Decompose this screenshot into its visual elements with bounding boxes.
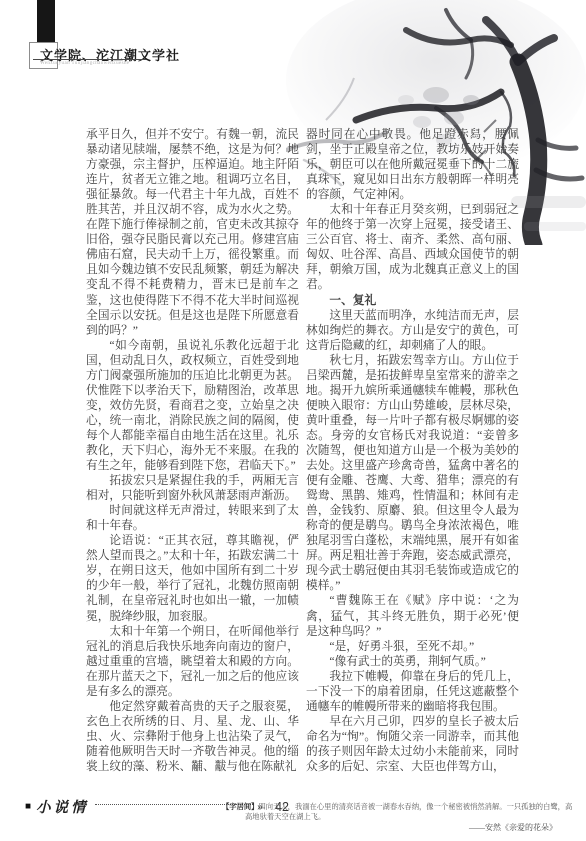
paragraph: 我拉下帷幔，仰靠在身后的凭几上，一下没一下的扇着团扇，任凭这遮蔽整个通幰车的帷幔… bbox=[306, 669, 519, 714]
footer-quote-line: 【字居间】四向无人，我湎在心里的清亮话音被一湖春水吞纳，像一个秘密被悄然消解。一… bbox=[222, 802, 574, 822]
paragraph: 早在六月己卯，四岁的皇长子被太后命名为“恂”。恂随父亲一同游幸，而其他的孩子则因… bbox=[306, 714, 519, 774]
footer-quote-label: 【字居间】 bbox=[222, 802, 258, 811]
paragraph: 器时同在心中敬畏。他足蹬赤舄，腰佩剑，坐于正殿皇帝之位，教坊乐妓开始奏乐，朝臣可… bbox=[306, 127, 519, 202]
paragraph: “是，好勇斗狠，至死不却。” bbox=[306, 639, 519, 654]
magazine-page: 文学院、沱江潮文学社 Wenxueyuan Tuojiangchaowenxue… bbox=[0, 0, 586, 841]
paragraph: 太和十年第一个朔日，在听闻他举行冠礼的消息后我快乐地奔向南边的窗户，越过重重的宫… bbox=[86, 624, 299, 699]
header-black-bar bbox=[37, 0, 55, 43]
paragraph: “如今南朝，虽说礼乐教化远超于北国，但动乱日久，政权频立，百姓受到地方门阀豪强所… bbox=[86, 338, 299, 473]
footer-section-name: 小说情 bbox=[36, 796, 89, 817]
paragraph: 论语说：“正其衣冠，尊其瞻视，俨然人望而畏之。”太和十年，拓跋宏满二十岁，在朔日… bbox=[86, 533, 299, 623]
paragraph: “像有武士的英勇，荆轲气质。” bbox=[306, 654, 519, 669]
paragraph: 时间就这样无声滑过，转眼来到了太和十年春。 bbox=[86, 503, 299, 533]
footer-square-icon: ■ bbox=[25, 802, 31, 812]
paragraph: 秋七月，拓跋宏驾幸方山。方山位于吕梁西麓，是拓拔鲜卑皇室常来的游幸之地。揭开九嫔… bbox=[306, 353, 519, 594]
article-left-column: 承平日久，但并不安宁。有魏一朝，流民暴动诸见牍端，屡禁不绝，这是为何？地方豪强，… bbox=[86, 127, 299, 791]
paragraph: 这里天蓝而明净，水纯洁而无声，层林如绚烂的舞衣。方山是安宁的黄色，可这背后隐藏的… bbox=[306, 308, 519, 353]
magazine-section-pinyin: Wenxueyuan Tuojiangchaowenxueshe bbox=[40, 61, 129, 66]
paragraph: 他定然穿戴着高贵的天子之服衮冕，玄色上衣所绣的日、月、星、龙、山、华虫、火、宗彝… bbox=[86, 699, 299, 774]
footer-quote: 【字居间】四向无人，我湎在心里的清亮话音被一湖春水吞纳，像一个秘密被悄然消解。一… bbox=[222, 802, 574, 833]
footer-quote-text: 四向无人，我湎在心里的清亮话音被一湖春水吞纳，像一个秘密被悄然消解。一只孤独的白… bbox=[245, 802, 572, 821]
paragraph: “曹魏陈王在《赋》序中说：‘之为禽，猛气，其斗终无胜负，期于必死’便是这种鸟吗？… bbox=[306, 593, 519, 638]
paragraph: 拓拔宏只是紧握住我的手，两厢无言相对，只能听到窗外秋风萧瑟雨声渐沥。 bbox=[86, 473, 299, 503]
header-underline bbox=[33, 59, 146, 60]
paragraph: 承平日久，但并不安宁。有魏一朝，流民暴动诸见牍端，屡禁不绝，这是为何？地方豪强，… bbox=[86, 127, 299, 338]
section-heading: 一、复礼 bbox=[306, 293, 519, 308]
paragraph: 太和十年春正月癸亥朔，已到弱冠之年的他终于第一次穿上冠冕，接受诸王、三公百官、将… bbox=[306, 202, 519, 292]
article-right-column: 器时同在心中敬畏。他足蹬赤舄，腰佩剑，坐于正殿皇帝之位，教坊乐妓开始奏乐，朝臣可… bbox=[306, 127, 519, 791]
footer-quote-attribution: ——安然《亲爱的花朵》 bbox=[222, 823, 557, 833]
